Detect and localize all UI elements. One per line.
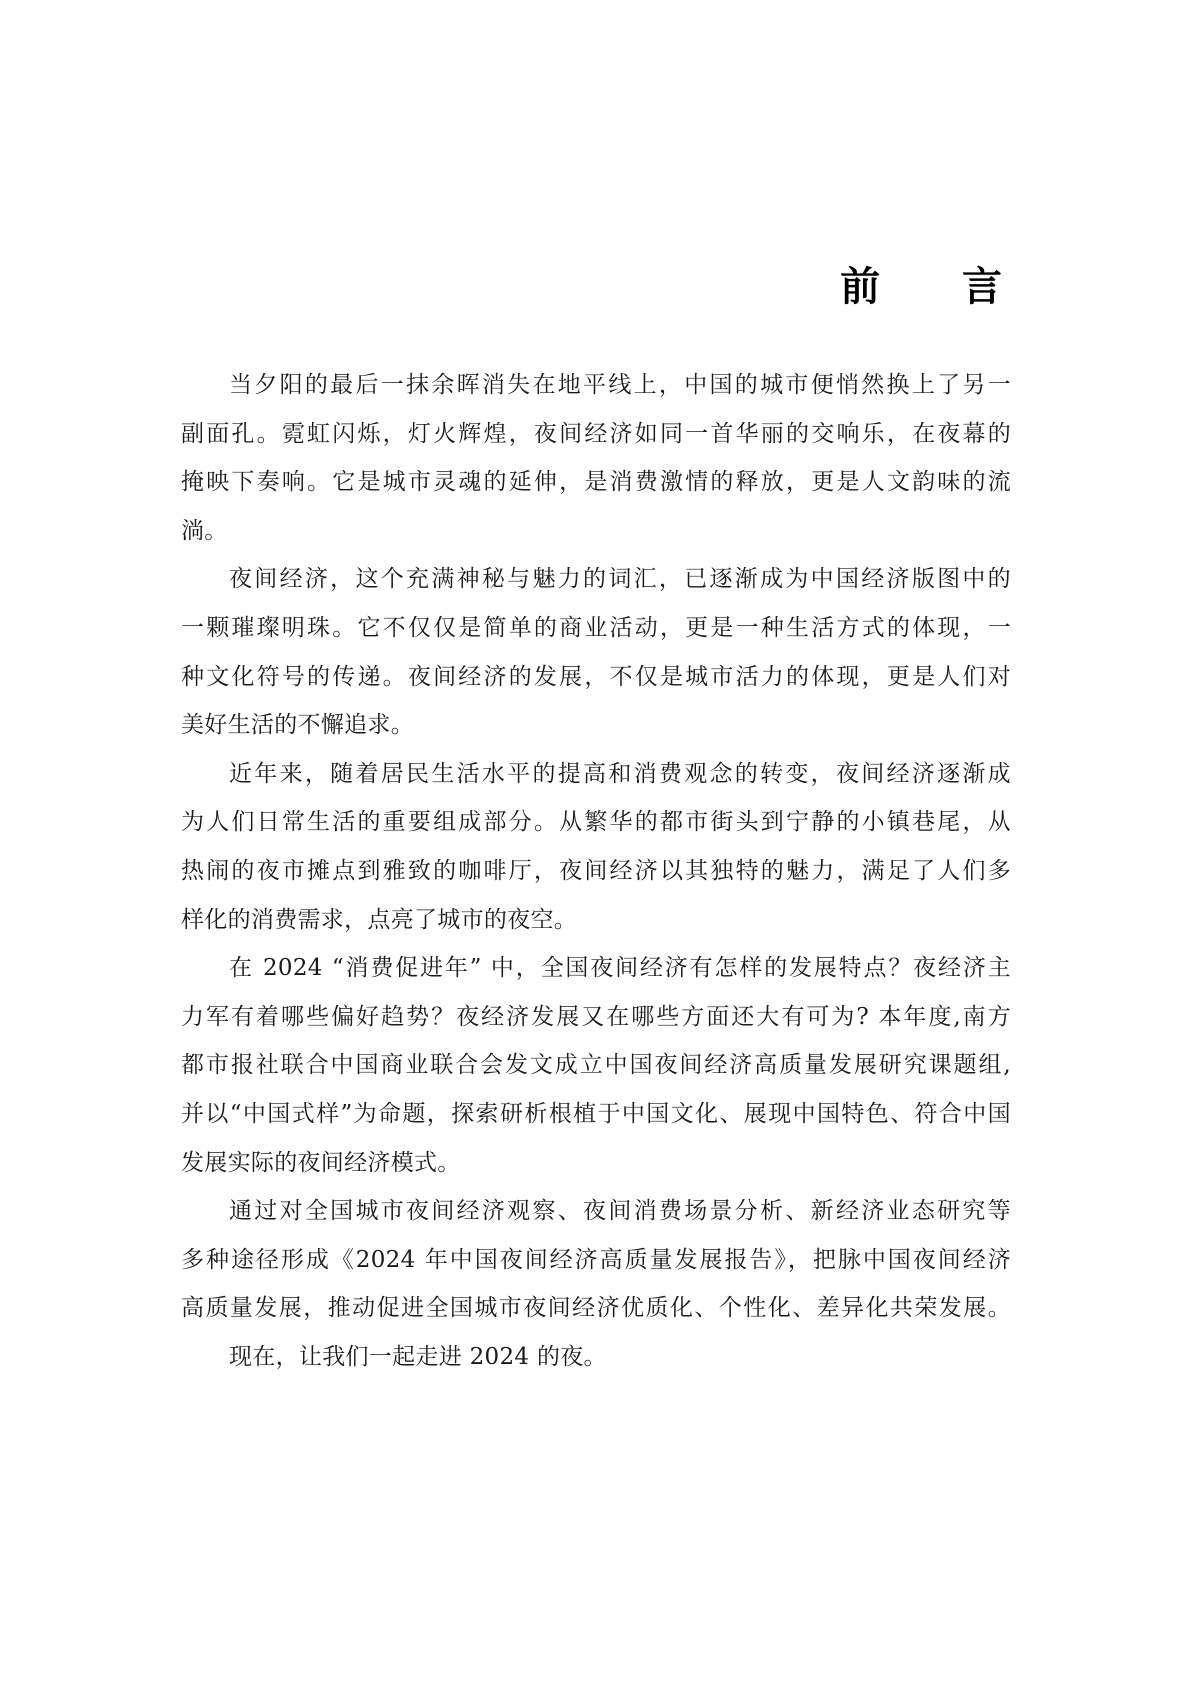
paragraph-line: 种文化符号的传递。夜间经济的发展，不仅是城市活力的体现，更是人们对 bbox=[181, 653, 1011, 702]
page-title: 前 言 bbox=[840, 263, 1036, 311]
paragraph-line: 多种途径形成《2024 年中国夜间经济高质量发展报告》，把脉中国夜间经济 bbox=[181, 1236, 1011, 1285]
paragraph-line: 力军有着哪些偏好趋势？夜经济发展又在哪些方面还大有可为? 本年度,南方 bbox=[181, 993, 1011, 1042]
paragraph-4: 在 2024 “消费促进年” 中，全国夜间经济有怎样的发展特点？夜经济主 力军有… bbox=[181, 944, 1011, 1187]
paragraph-line: 掩映下奏响。它是城市灵魂的延伸，是消费激情的释放，更是人文韵味的流 bbox=[181, 458, 1011, 507]
paragraph-1: 当夕阳的最后一抹余晖消失在地平线上，中国的城市便悄然换上了另一 副面孔。霓虹闪烁… bbox=[181, 361, 1011, 555]
preface-body: 当夕阳的最后一抹余晖消失在地平线上，中国的城市便悄然换上了另一 副面孔。霓虹闪烁… bbox=[181, 361, 1011, 1381]
paragraph-line: 一颗璀璨明珠。它不仅仅是简单的商业活动，更是一种生活方式的体现，一 bbox=[181, 604, 1011, 653]
paragraph-line: 美好生活的不懈追求。 bbox=[181, 701, 1011, 750]
paragraph-line: 淌。 bbox=[181, 507, 1011, 556]
paragraph-line: 近年来，随着居民生活水平的提高和消费观念的转变，夜间经济逐渐成 bbox=[181, 750, 1011, 799]
paragraph-line: 在 2024 “消费促进年” 中，全国夜间经济有怎样的发展特点？夜经济主 bbox=[181, 944, 1011, 993]
paragraph-line: 当夕阳的最后一抹余晖消失在地平线上，中国的城市便悄然换上了另一 bbox=[181, 361, 1011, 410]
paragraph-line: 为人们日常生活的重要组成部分。从繁华的都市街头到宁静的小镇巷尾，从 bbox=[181, 798, 1011, 847]
paragraph-5: 通过对全国城市夜间经济观察、夜间消费场景分析、新经济业态研究等 多种途径形成《2… bbox=[181, 1187, 1011, 1333]
paragraph-2: 夜间经济，这个充满神秘与魅力的词汇，已逐渐成为中国经济版图中的 一颗璀璨明珠。它… bbox=[181, 555, 1011, 749]
paragraph-line: 高质量发展，推动促进全国城市夜间经济优质化、个性化、差异化共荣发展。 bbox=[181, 1284, 1011, 1333]
paragraph-line: 都市报社联合中国商业联合会发文成立中国夜间经济高质量发展研究课题组, bbox=[181, 1041, 1011, 1090]
paragraph-line: 样化的消费需求，点亮了城市的夜空。 bbox=[181, 896, 1011, 945]
paragraph-line: 热闹的夜市摊点到雅致的咖啡厅，夜间经济以其独特的魅力，满足了人们多 bbox=[181, 847, 1011, 896]
paragraph-line: 现在，让我们一起走进 2024 的夜。 bbox=[181, 1333, 1011, 1382]
paragraph-3: 近年来，随着居民生活水平的提高和消费观念的转变，夜间经济逐渐成 为人们日常生活的… bbox=[181, 750, 1011, 944]
paragraph-line: 通过对全国城市夜间经济观察、夜间消费场景分析、新经济业态研究等 bbox=[181, 1187, 1011, 1236]
paragraph-line: 并以“中国式样”为命题，探索研析根植于中国文化、展现中国特色、符合中国 bbox=[181, 1090, 1011, 1139]
paragraph-line: 夜间经济，这个充满神秘与魅力的词汇，已逐渐成为中国经济版图中的 bbox=[181, 555, 1011, 604]
paragraph-line: 发展实际的夜间经济模式。 bbox=[181, 1139, 1011, 1188]
paragraph-line: 副面孔。霓虹闪烁，灯火辉煌，夜间经济如同一首华丽的交响乐，在夜幕的 bbox=[181, 410, 1011, 459]
paragraph-6: 现在，让我们一起走进 2024 的夜。 bbox=[181, 1333, 1011, 1382]
document-page: 前 言 当夕阳的最后一抹余晖消失在地平线上，中国的城市便悄然换上了另一 副面孔。… bbox=[0, 0, 1190, 1683]
